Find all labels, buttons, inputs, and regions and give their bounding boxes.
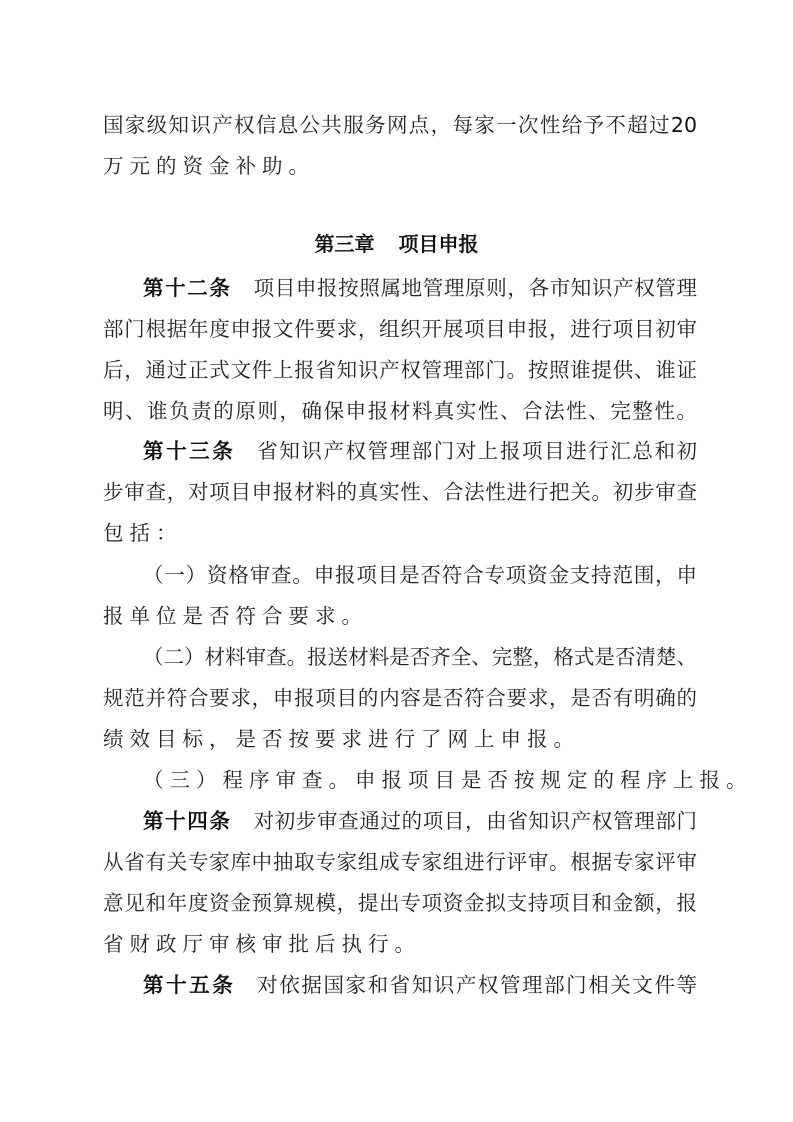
- article-13-line: 步审查，对项目申报材料的真实性、合法性进行把关。初步审查: [103, 477, 697, 507]
- review-item-1: 报单位是否符合要求。: [103, 601, 368, 631]
- article-12-line: 第十二条项目申报按照属地管理原则，各市知识产权管理: [143, 273, 697, 303]
- amount-number: 20: [671, 113, 697, 137]
- article-13-line: 包括：: [103, 518, 183, 548]
- review-item-2: 规范并符合要求，申报项目的内容是否符合要求，是否有明确的: [103, 683, 697, 713]
- article-12-line: 部门根据年度申报文件要求，组织开展项目申报，进行项目初审: [103, 314, 697, 344]
- article-text: 对初步审查通过的项目，由省知识产权管理部门: [254, 809, 697, 833]
- article-label: 第十二条: [143, 276, 232, 300]
- article-15-line: 第十五条对依据国家和省知识产权管理部门相关文件等: [143, 970, 697, 1000]
- paragraph-line: 国家级知识产权信息公共服务网点，每家一次性给予不超过20: [103, 110, 697, 140]
- article-text: 对依据国家和省知识产权管理部门相关文件等: [257, 973, 697, 997]
- review-item-1: （一）资格审查。申报项目是否符合专项资金支持范围，申: [143, 560, 697, 590]
- review-item-2: （二）材料审查。报送材料是否齐全、完整，格式是否清楚、: [143, 642, 697, 672]
- article-text: 项目申报按照属地管理原则，各市知识产权管理: [254, 276, 697, 300]
- paragraph-text: 国家级知识产权信息公共服务网点，每家一次性给予不超过: [103, 113, 671, 137]
- article-text: 省知识产权管理部门对上报项目进行汇总和初: [257, 439, 697, 463]
- chapter-title: 项目申报: [399, 232, 479, 256]
- article-label: 第十四条: [143, 809, 232, 833]
- review-item-2: 绩效目标，是否按要求进行了网上申报。: [103, 724, 580, 754]
- article-label: 第十五条: [143, 973, 235, 997]
- article-14-line: 第十四条对初步审查通过的项目，由省知识产权管理部门: [143, 806, 697, 836]
- chapter-heading: 第三章项目申报: [0, 229, 793, 259]
- article-14-line: 从省有关专家库中抽取专家组成专家组进行评审。根据专家评审: [103, 847, 697, 877]
- paragraph-line: 万元的资金补助。: [103, 151, 315, 181]
- article-14-line: 省财政厅审核审批后执行。: [103, 929, 421, 959]
- article-12-line: 明、谁负责的原则，确保申报材料真实性、合法性、完整性。: [103, 396, 697, 426]
- chapter-number: 第三章: [315, 232, 375, 256]
- document-page: 国家级知识产权信息公共服务网点，每家一次性给予不超过20 万元的资金补助。 第三…: [0, 0, 793, 1122]
- review-item-3: （三）程序审查。申报项目是否按规定的程序上报。: [143, 765, 753, 795]
- article-13-line: 第十三条省知识产权管理部门对上报项目进行汇总和初: [143, 436, 697, 466]
- article-12-line: 后，通过正式文件上报省知识产权管理部门。按照谁提供、谁证: [103, 355, 697, 385]
- article-label: 第十三条: [143, 439, 235, 463]
- article-14-line: 意见和年度资金预算规模，提出专项资金拟支持项目和金额，报: [103, 888, 697, 918]
